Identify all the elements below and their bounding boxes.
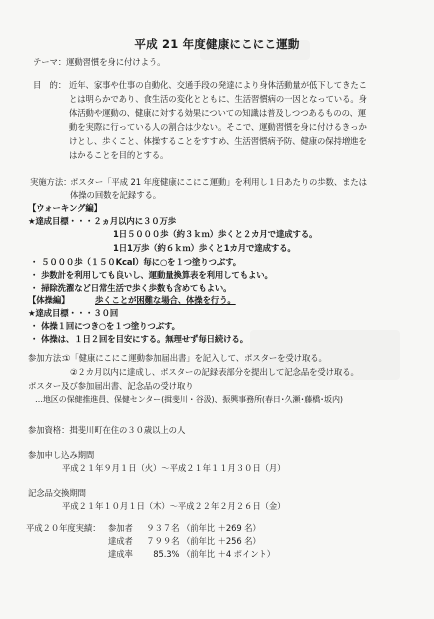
walking-bullet: ・ 掃除洗濯など日常生活で歩く歩数も含めてもよい。	[30, 282, 231, 294]
document-page: 平成 21 年度健康にこにこ運動 テーマ：運動習慣を身に付けよう。 目 的： 近…	[0, 0, 434, 619]
walking-heading: 【ウォーキング編】	[28, 202, 102, 214]
eligibility-line: 参加資格：揖斐川町在住の３０歳以上の人	[28, 424, 185, 436]
page-title: 平成 21 年度健康にこにこ運動	[0, 36, 434, 52]
purpose-label: 目 的：	[33, 79, 66, 91]
method-line: ポスター「平成 21 年度健康にこにこ運動」を利用し１日あたりの歩数、または	[70, 176, 367, 188]
walking-bullet: ・ ５０００歩（１５０Kcal）毎に○を１つ塗りつぶす。	[30, 256, 241, 268]
results-diff: （前年比 ＋256 名）	[182, 536, 261, 546]
results-diff: （前年比 ＋4 ポイント）	[182, 549, 275, 559]
results-name: 達成率	[108, 549, 133, 559]
theme-label: テーマ：	[33, 57, 66, 67]
purpose-line: 動を実際に行っている人の割合は少ない。そこで、運動習慣を身に付けるきっか	[69, 121, 367, 133]
method-label: 実施方法：	[30, 176, 71, 188]
method-line: 体操の回数を記録する。	[70, 189, 161, 201]
results-value: ９３７名	[135, 522, 179, 534]
exchange-period-label: 記念品交換期間	[28, 487, 86, 499]
pickup-heading: ポスター及び参加届出書、記念品の受け取り	[28, 380, 194, 392]
walking-bullet: ・ 歩数計を利用しても良いし、運動量換算表を利用してもよい。	[30, 269, 273, 281]
eligibility-label: 参加資格：	[28, 425, 69, 435]
exercise-note: 歩くことが困難な場合、体操を行う。	[95, 294, 236, 306]
exercise-heading: 【体操編】	[28, 294, 69, 306]
purpose-line: けとし、歩くこと、体操することをすすめ、生活習慣病予防、健康の保持増進を	[69, 135, 367, 147]
walking-goal: ★達成目標・・・２ヵ月以内に３０万歩	[28, 215, 176, 227]
results-diff: （前年比 ＋269 名）	[182, 523, 261, 533]
results-value: 85.3%	[135, 548, 179, 560]
exchange-period-text: 平成２１年１０月１日（木）～平成２２年２月２６日（金）	[62, 500, 285, 512]
purpose-line: はかることを目的とする。	[69, 149, 168, 161]
purpose-line: とは明らかであり、食生活の変化とともに、生活習慣病の一因となっている。身	[69, 93, 367, 105]
theme-line: テーマ：運動習慣を身に付けよう。	[33, 56, 165, 68]
application-period-text: 平成２１年９月１日（火）～平成２１年１１月３０日（月）	[62, 462, 285, 474]
eligibility-text: 揖斐川町在住の３０歳以上の人	[69, 425, 185, 435]
participation-step: ②２カ月以内に達成し、ポスターの記録表部分を提出して記念品を受け取る。	[70, 366, 359, 378]
purpose-line: 近年、家事や仕事の自動化、交通手段の発達により身体活動量が低下してきたこ	[69, 79, 367, 91]
exercise-bullet: ・ 体操は、１日２回を目安にする。無理せず毎日続ける。	[30, 333, 248, 345]
results-row: 達成率 85.3% （前年比 ＋4 ポイント）	[108, 548, 275, 560]
results-name: 達成者	[108, 536, 133, 546]
participation-step: ①「健康にこにこ運動参加届出書」を記入して、ポスターを受け取る。	[63, 352, 327, 364]
pickup-places: …地区の保健推進員、保健センター(揖斐川・谷汲)、振興事務所(春日･久瀬･藤橋･…	[35, 394, 343, 406]
results-row: 達成者 ７９９名 （前年比 ＋256 名）	[108, 535, 261, 547]
theme-text: 運動習慣を身に付けよう。	[66, 57, 165, 67]
results-row: 参加者 ９３７名 （前年比 ＋269 名）	[108, 522, 261, 534]
results-label: 平成２０年度実績：	[26, 522, 100, 534]
results-value: ７９９名	[135, 535, 179, 547]
purpose-line: 体活動や運動の、健康に対する効果についての知識は普及しつつあるものの、運	[69, 107, 366, 119]
results-name: 参加者	[108, 523, 133, 533]
walking-sub: 1日５０００歩（約３ｋｍ）歩くと２カ月で達成する。	[113, 228, 317, 240]
exercise-bullet: ・ 体操１回につき○を１つ塗りつぶす。	[30, 320, 180, 332]
exercise-goal: ★達成目標・・・３０回	[28, 307, 118, 319]
walking-sub: 1日1万歩（約６ｋｍ）歩くと1カ月で達成する。	[113, 242, 296, 254]
application-period-label: 参加申し込み期間	[28, 449, 94, 461]
